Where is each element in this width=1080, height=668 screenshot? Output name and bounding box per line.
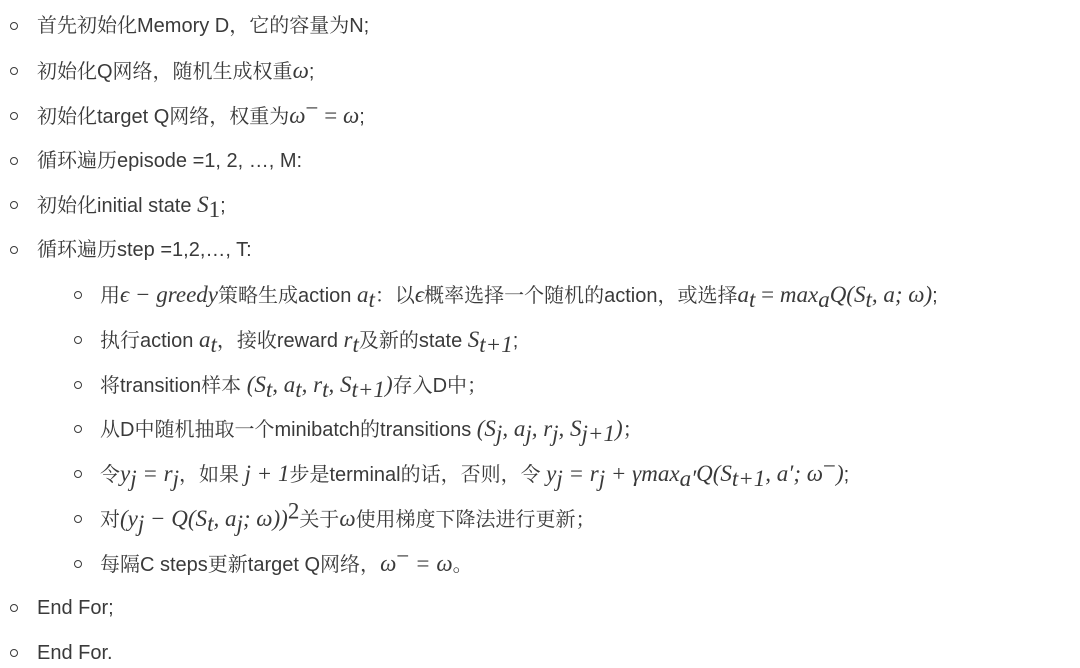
item-text: 用ϵ − greedy策略生成action at：以ϵ概率选择一个随机的acti… xyxy=(100,280,938,311)
hollow-bullet-icon xyxy=(10,201,18,209)
hollow-bullet-icon xyxy=(10,604,18,612)
item-text: 初始化target Q网络，权重为ω− = ω; xyxy=(37,101,365,132)
hollow-bullet-icon xyxy=(10,649,18,657)
hollow-bullet-icon xyxy=(74,291,82,299)
item-text: 每隔C steps更新target Q网络，ω− = ω。 xyxy=(100,549,473,580)
item-text: 从D中随机抽取一个minibatch的transitions (Sj, aj, … xyxy=(100,414,643,445)
hollow-bullet-icon xyxy=(74,425,82,433)
item-text: End For. xyxy=(37,638,113,668)
hollow-bullet-icon xyxy=(74,336,82,344)
item-text: 令yj = rj，如果 j + 1步是terminal的话，否则，令 yj = … xyxy=(100,459,849,490)
item-text: 循环遍历step =1,2,…, T: xyxy=(37,235,252,265)
item-text: 初始化Q网络，随机生成权重ω; xyxy=(37,56,314,87)
item-text: 初始化initial state S1; xyxy=(37,190,226,221)
hollow-bullet-icon xyxy=(74,515,82,523)
hollow-bullet-icon xyxy=(10,246,18,254)
hollow-bullet-icon xyxy=(10,157,18,165)
hollow-bullet-icon xyxy=(74,470,82,478)
hollow-bullet-icon xyxy=(74,381,82,389)
item-text: End For; xyxy=(37,593,114,623)
hollow-bullet-icon xyxy=(10,67,18,75)
item-text: 执行action at，接收reward rt及新的state St+1; xyxy=(100,325,518,356)
hollow-bullet-icon xyxy=(10,22,18,30)
item-text: 循环遍历episode =1, 2, …, M: xyxy=(37,146,302,176)
item-text: 首先初始化Memory D，它的容量为N; xyxy=(37,11,369,41)
hollow-bullet-icon xyxy=(10,112,18,120)
hollow-bullet-icon xyxy=(74,560,82,568)
item-text: 对(yj − Q(St, aj; ω))2关于ω使用梯度下降法进行更新； xyxy=(100,504,596,535)
item-text: 将transition样本 (St, at, rt, St+1)存入D中； xyxy=(100,370,487,401)
